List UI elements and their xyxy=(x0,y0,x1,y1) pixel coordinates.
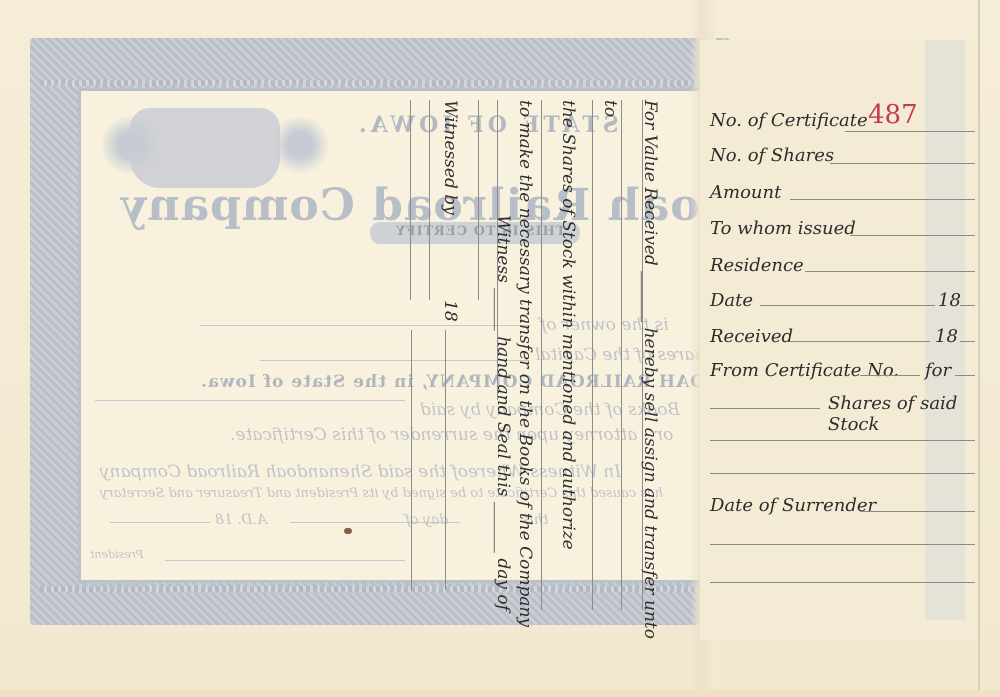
assignment-witness: Witness _____ hand and Seal this ______ … xyxy=(493,215,513,611)
subtitle-banner-text: THIS IS TO CERTIFY xyxy=(395,224,566,239)
stub-blank-line-3 xyxy=(710,544,975,545)
stub-label-shares-of-stock: Shares of said Stock xyxy=(828,393,1000,435)
stub-label-date-of-surrender: Date of Surrender xyxy=(710,495,876,516)
stub-label-date: Date xyxy=(710,290,753,311)
assignment-transfer: to make the necessary transfer on the Bo… xyxy=(515,100,535,627)
president-label: President xyxy=(90,548,143,561)
scroll-ornament-right xyxy=(270,115,330,175)
stub-date-year: 18 xyxy=(938,290,961,311)
assignment-shares: the Shares of Stock within mentioned and… xyxy=(558,100,578,550)
stub-label-certificate: No. of Certificate xyxy=(710,110,868,131)
treasurer-label: Treasurer xyxy=(90,578,145,591)
stub-label-to-whom: To whom issued xyxy=(710,218,856,239)
ad-line: A.D. 18 xyxy=(215,512,267,528)
stub-blank-line-1 xyxy=(710,440,975,441)
stub-label-shares: No. of Shares xyxy=(710,145,834,166)
stub-received-year: 18 xyxy=(935,326,958,347)
certificate-number: 487 xyxy=(868,100,918,130)
ink-blemish xyxy=(344,528,352,534)
stub-label-amount: Amount xyxy=(710,182,781,203)
stub-label-received: Received xyxy=(710,326,793,347)
assignment-for-value: For Value Received ______ hereby sell as… xyxy=(640,100,660,639)
stub-blank-line-4 xyxy=(710,582,975,583)
caused-line: has caused this Certificate to be signed… xyxy=(100,486,663,501)
stub-for-label: for xyxy=(925,360,951,381)
witness-line: In Witness Whereof the said Shenandoah R… xyxy=(100,462,621,482)
assignment-witnessed-by: Witnessed by xyxy=(440,100,460,215)
assignment-to: to xyxy=(600,100,620,117)
assignment-year: 18 xyxy=(440,300,460,322)
state-header: STATE OF IOWA. xyxy=(355,112,619,138)
stub-label-from-certificate: From Certificate No. xyxy=(710,360,899,381)
stub-blank-line-2 xyxy=(710,473,975,474)
border-bead-top xyxy=(40,80,730,86)
scroll-ornament-left xyxy=(100,115,160,175)
secretary-label: Secretary xyxy=(560,590,614,603)
stub-label-residence: Residence xyxy=(710,255,804,276)
